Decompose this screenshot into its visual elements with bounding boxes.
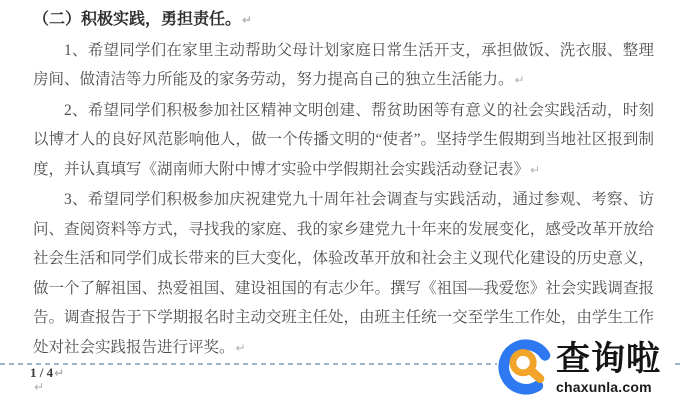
paragraph-mark-icon: ↵: [33, 380, 44, 394]
paragraph-2[interactable]: 2、希望同学们积极参加社区精神文明创建、帮贫助困等有意义的社会实践活动，时刻以博…: [33, 96, 654, 186]
document-viewer: （二）积极实践，勇担责任。↵ 1、希望同学们在家里主动帮助父母计划家庭日常生活开…: [0, 0, 682, 420]
paragraph-mark-icon: ↵: [529, 163, 540, 177]
document-heading[interactable]: （二）积极实践，勇担责任。↵: [33, 5, 654, 36]
watermark-brand-text: 查询啦: [556, 340, 661, 380]
chaxunla-watermark: 查询啦 chaxunla.com: [497, 332, 675, 402]
paragraph-1[interactable]: 1、希望同学们在家里主动帮助父母计划家庭日常生活开支，承担做饭、洗衣服、整理房间…: [33, 36, 654, 96]
paragraph-mark-icon: ↵: [241, 13, 252, 27]
paragraph-mark-icon: ↵: [514, 73, 525, 87]
magnifier-icon: [497, 338, 555, 396]
document-page-body[interactable]: （二）积极实践，勇担责任。↵ 1、希望同学们在家里主动帮助父母计划家庭日常生活开…: [33, 5, 654, 363]
page-number-line[interactable]: 1 / 4↵: [30, 365, 64, 381]
watermark-ring: [497, 338, 555, 396]
paragraph-2-text: 2、希望同学们积极参加社区精神文明创建、帮贫助困等有意义的社会实践活动，时刻以博…: [33, 102, 654, 178]
page-number: 1 / 4: [30, 365, 53, 380]
paragraph-1-text: 1、希望同学们在家里主动帮助父母计划家庭日常生活开支，承担做饭、洗衣服、整理房间…: [33, 42, 654, 89]
heading-text: （二）积极实践，勇担责任。: [33, 11, 241, 28]
empty-paragraph[interactable]: ↵: [33, 380, 44, 394]
watermark-domain-text: chaxunla.com: [556, 380, 661, 395]
paragraph-mark-icon: ↵: [235, 341, 246, 355]
paragraph-mark-icon: ↵: [53, 366, 64, 380]
magnifier-handle: [531, 370, 540, 378]
watermark-text-block: 查询啦 chaxunla.com: [556, 332, 661, 395]
paragraph-3-text: 3、希望同学们积极参加庆祝建党九十周年社会调查与实践活动，通过参观、考察、访问、…: [33, 191, 654, 356]
